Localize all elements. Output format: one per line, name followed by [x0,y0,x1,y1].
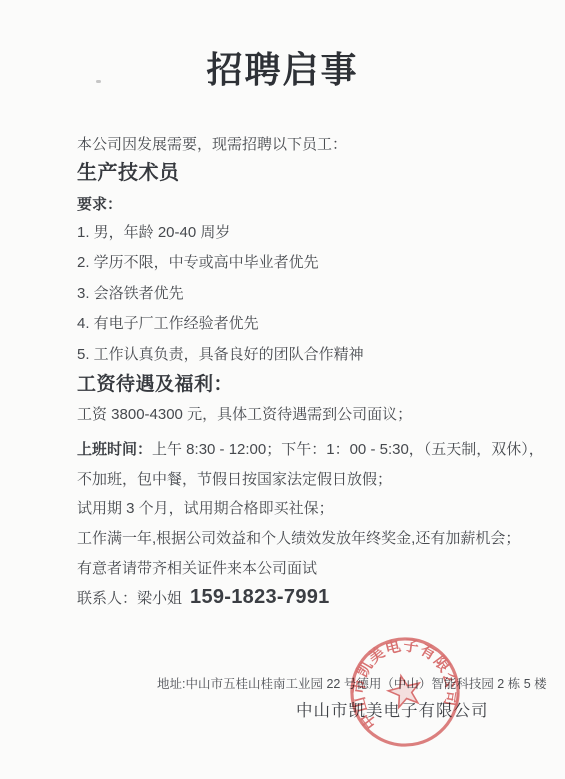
scanned-recruitment-notice: 招聘启事 本公司因发展需要，现需招聘以下员工： 生产技术员 要求： 1. 男，年… [0,0,565,779]
worktime-line: 上班时间：上午 8:30 - 12:00；下午：1：00 - 5:30，（五天制… [77,441,544,460]
worktime-line-2: 不加班，包中餐，节假日按国家法定假日放假； [77,471,392,490]
salary-line: 工资 3800-4300 元，具体工资待遇需到公司面议； [77,406,412,425]
company-seal: 中山市凯美电子有限公司 [333,620,476,763]
contact-phone: 159-1823-7991 [190,585,330,610]
stamp-star-icon [385,672,423,709]
bonus-line: 工作满一年,根据公司效益和个人绩效发放年终奖金,还有加薪机会； [77,530,520,549]
worktime-label: 上班时间： [77,441,152,458]
requirements-heading: 要求： [77,196,122,215]
worktime-detail: 上午 8:30 - 12:00；下午：1：00 - 5:30，（五天制，双休）， [152,441,544,458]
requirement-item: 3. 会洛铁者优先 [77,285,184,304]
requirement-item: 1. 男，年龄 20-40 周岁 [77,224,230,243]
requirement-item: 4. 有电子厂工作经验者优先 [77,315,259,334]
requirement-item: 2. 学历不限，中专或高中毕业者优先 [77,254,319,273]
scan-speck [96,80,101,83]
page-title: 招聘启事 [0,48,565,93]
requirement-item: 5. 工作认真负责，具备良好的团队合作精神 [77,346,364,365]
invite-line: 有意者请带齐相关证件来本公司面试 [77,560,317,579]
position-heading: 生产技术员 [77,161,180,186]
probation-line: 试用期 3 个月，试用期合格即买社保； [77,500,334,519]
contact-line: 联系人：梁小姐 159-1823-7991 [77,585,330,610]
benefits-heading: 工资待遇及福利： [77,373,233,397]
contact-name: 联系人：梁小姐 [77,590,182,609]
intro-line: 本公司因发展需要，现需招聘以下员工： [77,136,347,155]
